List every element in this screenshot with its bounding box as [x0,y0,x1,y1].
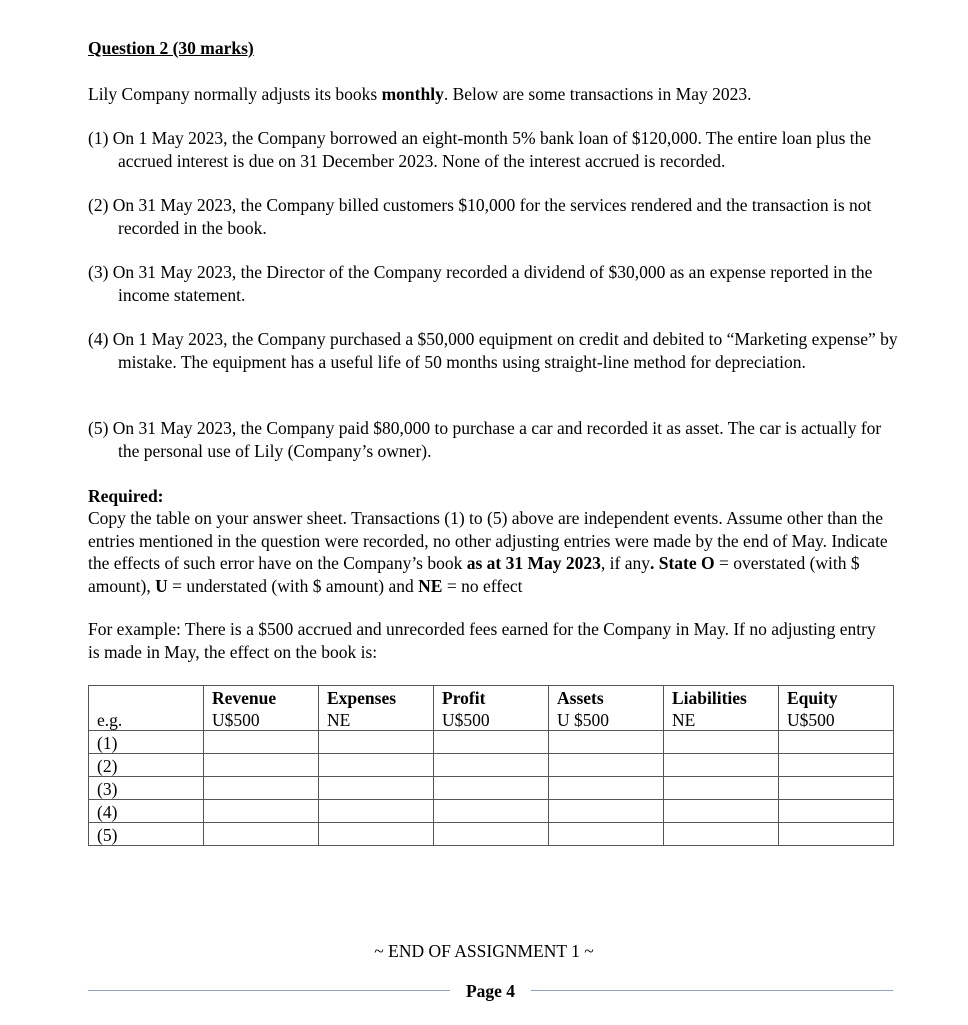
effect-cell [204,754,319,777]
row-label: (2) [89,754,204,777]
intro-paragraph: Lily Company normally adjusts its books … [88,83,898,106]
example-paragraph: For example: There is a $500 accrued and… [88,618,888,663]
question-title: Question 2 (30 marks) [88,37,254,60]
effect-cell [779,754,894,777]
effect-cell [319,823,434,846]
intro-text: Lily Company normally adjusts its books [88,84,382,104]
required-bold-date: as at 31 May 2023 [467,553,601,573]
required-heading: Required: [88,485,898,508]
effect-cell: U$500 [779,708,894,731]
effect-cell [549,754,664,777]
footer-rule-left [88,990,450,991]
page-footer: Page 4 [88,980,893,1002]
row-label: (1) [89,731,204,754]
required-paragraph: Copy the table on your answer sheet. Tra… [88,507,900,597]
transaction-4: (4) On 1 May 2023, the Company purchased… [88,328,900,373]
effect-cell [434,777,549,800]
table-row: (3) [89,777,894,800]
effect-cell [434,823,549,846]
transaction-3: (3) On 31 May 2023, the Director of the … [88,261,900,306]
effect-cell: NE [319,708,434,731]
effect-cell [549,823,664,846]
header-equity: Equity [779,686,894,709]
table-row: (4) [89,800,894,823]
table-row: (5) [89,823,894,846]
transaction-5: (5) On 31 May 2023, the Company paid $80… [88,417,900,462]
required-text-u: = understated (with $ amount) and [168,576,418,596]
required-bold-state: . State O [650,553,715,573]
effect-cell [664,800,779,823]
page-number: Page 4 [450,980,531,1003]
effect-cell [434,731,549,754]
transaction-1: (1) On 1 May 2023, the Company borrowed … [88,127,900,172]
effect-cell [319,800,434,823]
header-liabilities: Liabilities [664,686,779,709]
effect-cell [434,800,549,823]
row-label: e.g. [89,708,204,731]
intro-text-end: . Below are some transactions in May 202… [444,84,752,104]
footer-rule-right [531,990,893,991]
required-text-ne: = no effect [442,576,522,596]
effect-cell [779,731,894,754]
effect-cell [204,731,319,754]
effect-cell [779,823,894,846]
effect-cell [319,754,434,777]
required-bold-ne: NE [418,576,442,596]
effect-cell [549,731,664,754]
row-label: (4) [89,800,204,823]
table-row: (1) [89,731,894,754]
header-revenue: Revenue [204,686,319,709]
effect-cell: U$500 [434,708,549,731]
effect-cell [779,777,894,800]
header-assets: Assets [549,686,664,709]
end-of-assignment: ~ END OF ASSIGNMENT 1 ~ [0,940,968,963]
intro-bold-monthly: monthly [382,84,444,104]
effect-cell [779,800,894,823]
effect-cell: U $500 [549,708,664,731]
required-text-2: , if any [601,553,650,573]
effect-cell [549,800,664,823]
effect-cell [664,777,779,800]
effect-cell [319,731,434,754]
transaction-2: (2) On 31 May 2023, the Company billed c… [88,194,900,239]
effect-cell [549,777,664,800]
effect-cell [664,754,779,777]
table-header-row: Revenue Expenses Profit Assets Liabiliti… [89,686,894,709]
effect-cell [434,754,549,777]
row-label: (3) [89,777,204,800]
effect-cell [204,777,319,800]
required-bold-u: U [155,576,168,596]
effect-cell [204,800,319,823]
header-cell [89,686,204,709]
effect-cell: U$500 [204,708,319,731]
example-row: e.g.U$500NEU$500U $500NEU$500 [89,708,894,731]
row-label: (5) [89,823,204,846]
header-profit: Profit [434,686,549,709]
header-expenses: Expenses [319,686,434,709]
effect-cell [664,823,779,846]
effect-cell [664,731,779,754]
effect-cell [204,823,319,846]
effects-table: Revenue Expenses Profit Assets Liabiliti… [88,685,894,846]
table-row: (2) [89,754,894,777]
effect-cell [319,777,434,800]
effect-cell: NE [664,708,779,731]
